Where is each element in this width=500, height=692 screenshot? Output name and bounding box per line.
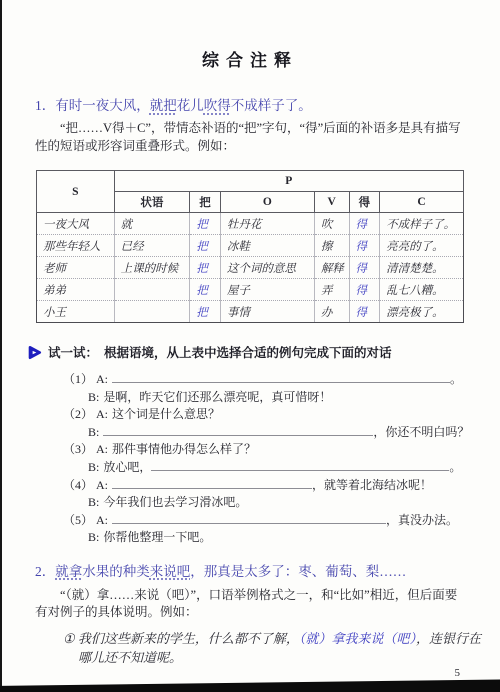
answer-blank-5 bbox=[112, 512, 386, 524]
answer-blank-2 bbox=[103, 424, 373, 436]
answer-blank-3 bbox=[151, 459, 449, 471]
dialogue-item-5-b: B:你帮他整理一下吧。 bbox=[88, 529, 465, 547]
col-header-predicate: P bbox=[114, 171, 463, 192]
table-header-row-1: S P bbox=[37, 171, 464, 192]
explanation-1: “把……V得＋C”，带情态补语的“把”字句，“得”后面的补语多是具有描写性的短语… bbox=[35, 120, 465, 155]
sentence-1-tail: 不成样子了。 bbox=[231, 98, 312, 113]
dialogue-item-3-a: （3） A:那件事情他办得怎么样了？ bbox=[63, 441, 465, 459]
page-title: 综合注释 bbox=[0, 46, 500, 71]
sentence-1-middle: 花儿 bbox=[177, 98, 204, 113]
page-content: 1．有时一夜大风，就把花儿吹得不成样子了。 “把……V得＋C”，带情态补语的“把… bbox=[0, 97, 500, 667]
col-header-verb: V bbox=[314, 192, 349, 213]
sentence-1-grammar-point-1: 就把 bbox=[150, 98, 177, 113]
sentence-1-lead: 1．有时一夜大风， bbox=[35, 98, 150, 113]
sentence-2-middle: 水果的种类 bbox=[82, 564, 150, 579]
usage-example-1: ① 我们这些新来的学生，什么都不了解，（就）拿我来说（吧），连银行在哪儿还不知道… bbox=[63, 629, 482, 667]
col-header-object: O bbox=[220, 192, 314, 213]
col-header-complement: C bbox=[380, 192, 464, 213]
dialogue-item-4-a: （4） A:，就等着北海结冰呢！ bbox=[63, 477, 465, 495]
col-header-de: 得 bbox=[349, 192, 380, 213]
ba-sentence-structure-table: S P 状语 把 O V 得 C 一夜大风 就 把 牡丹花 bbox=[36, 170, 464, 323]
example-sentence-1: 1．有时一夜大风，就把花儿吹得不成样子了。 bbox=[35, 97, 465, 115]
table-row: 弟弟 把 屋子 弄 得 乱七八糟。 bbox=[37, 279, 464, 301]
dialogue-item-2-a: （2） A:这个词是什么意思？ bbox=[63, 406, 465, 424]
dialogue-exercise: （1） A:。 B:是啊，昨天它们还那么漂亮呢，真可惜呀！ （2） A:这个词是… bbox=[35, 371, 465, 547]
answer-blank-4 bbox=[112, 477, 312, 489]
try-it-label: 试一试： bbox=[48, 343, 98, 361]
scanned-page: 综合注释 1．有时一夜大风，就把花儿吹得不成样子了。 “把……V得＋C”，带情态… bbox=[0, 0, 500, 692]
sentence-2-lead: 2． bbox=[35, 564, 55, 579]
scan-left-edge bbox=[0, 0, 2, 692]
col-header-subject: S bbox=[37, 171, 115, 213]
table-row: 小王 把 事情 办 得 漂亮极了。 bbox=[37, 301, 464, 323]
sentence-2-grammar-point-2: 来说吧 bbox=[150, 564, 191, 579]
dialogue-item-1-a: （1） A:。 bbox=[63, 371, 465, 389]
page-number: 5 bbox=[455, 667, 461, 679]
dialogue-item-1-b: B:是啊，昨天它们还那么漂亮呢，真可惜呀！ bbox=[88, 389, 465, 407]
dialogue-item-3-b: B:放心吧，。 bbox=[88, 459, 465, 477]
example-sentence-2: 2．就拿水果的种类来说吧，那真是太多了：枣、葡萄、梨…… bbox=[35, 563, 465, 581]
explanation-2: “（就）拿……来说（吧）”，口语举例格式之一，和“比如”相近，但后面要有对例子的… bbox=[35, 587, 465, 622]
dialogue-item-4-b: B:今年我们也去学习滑冰吧。 bbox=[88, 494, 465, 512]
answer-blank-1 bbox=[112, 371, 450, 383]
dialogue-item-2-b: B:，你还不明白吗？ bbox=[88, 424, 465, 442]
scan-bottom-edge bbox=[0, 676, 500, 692]
example-highlight-text: （就）拿我来说（吧） bbox=[299, 631, 416, 646]
table-row: 老师 上课的时候 把 这个词的意思 解释 得 清清楚楚。 bbox=[37, 257, 464, 279]
try-it-instruction: 根据语境，从上表中选择合适的例句完成下面的对话 bbox=[104, 343, 392, 361]
sentence-2-tail: ，那真是太多了：枣、葡萄、梨…… bbox=[190, 564, 406, 579]
dialogue-item-5-a: （5） A:，真没办法。 bbox=[63, 512, 465, 530]
table-row: 一夜大风 就 把 牡丹花 吹 得 不成样子了。 bbox=[37, 213, 464, 235]
try-it-section: 试一试： 根据语境，从上表中选择合适的例句完成下面的对话 bbox=[35, 343, 465, 361]
table-row: 那些年轻人 已经 把 冰鞋 擦 得 亮亮的了。 bbox=[37, 235, 464, 257]
sentence-1-grammar-point-2: 吹得 bbox=[204, 98, 231, 113]
col-header-adverbial: 状语 bbox=[114, 192, 190, 213]
example-circle-number: ① bbox=[63, 631, 75, 646]
sentence-2-grammar-point-1: 就拿 bbox=[55, 564, 82, 579]
col-header-ba: 把 bbox=[190, 192, 221, 213]
example-pre-text: 我们这些新来的学生，什么都不了解， bbox=[78, 631, 299, 646]
play-arrow-icon bbox=[27, 345, 42, 360]
